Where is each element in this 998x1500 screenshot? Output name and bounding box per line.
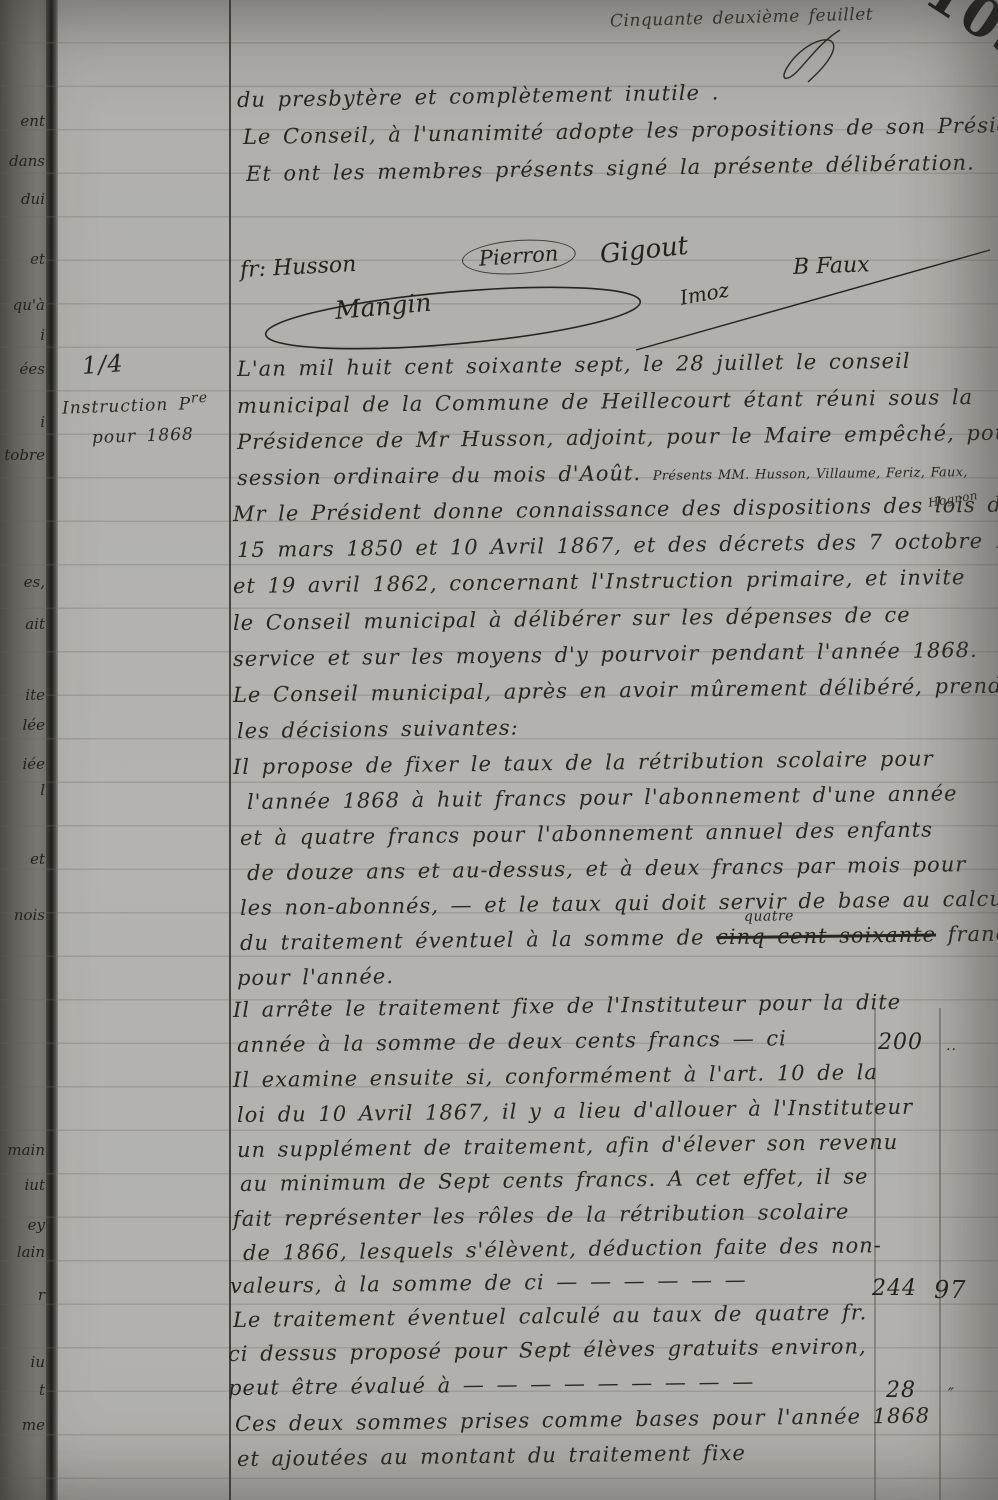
amount-centimes: ″ [948, 1384, 955, 1403]
signature-pierron-circled: Pierron [461, 236, 577, 278]
attendees-inline-note: Présents MM. Husson, Villaume, Feriz, Fa… [653, 465, 968, 484]
prev-page-fragment: lée [0, 716, 47, 734]
page-number-stamp: 103 [914, 0, 998, 78]
paraph-flourish [762, 24, 862, 86]
body-line-text: du traitement éventuel à la somme de [240, 925, 716, 955]
previous-page-edge: ent dans dui et qu'à i ées i tobre es, a… [0, 0, 47, 1500]
margin-title-text: Instruction P [62, 394, 192, 418]
body-line: année à la somme de deux cents francs — … [237, 1026, 787, 1057]
amount-francs: 200 [878, 1030, 923, 1055]
signature-husson: fr: Husson [239, 252, 357, 283]
prev-page-fragment: main [0, 1141, 47, 1159]
body-line: Il propose de fixer le taux de la rétrib… [233, 746, 934, 779]
amount-francs: 244 [872, 1276, 917, 1301]
body-line: et à quatre francs pour l'abonnement ann… [240, 818, 933, 850]
centimes-column-line [939, 1008, 941, 1500]
signature-mangin: Mangin [334, 288, 433, 325]
body-line: municipal de la Commune de Heillecourt é… [237, 385, 973, 418]
body-line-amended: du traitement éventuel à la somme de qua… [240, 921, 998, 955]
signature-imoz: Imoz [678, 278, 731, 310]
prev-page-fragment: i [0, 413, 47, 431]
prev-page-fragment: tobre [0, 446, 47, 464]
body-line: les décisions suivantes: [237, 716, 519, 743]
body-line: les non-abonnés, — et le taux qui doit s… [240, 887, 998, 920]
prev-page-fragment: i [0, 326, 47, 344]
body-line: Il examine ensuite si, conformément à l'… [233, 1060, 878, 1092]
prev-page-fragment: ey [0, 1216, 47, 1234]
prev-page-fragment: lain [0, 1243, 47, 1261]
amendment: quatrecinq cent soixante [716, 922, 936, 949]
body-line: Ces deux sommes prises comme bases pour … [235, 1404, 930, 1436]
body-line: valeurs, à la somme de ci — — — — — — [230, 1268, 747, 1298]
body-line: le Conseil municipal à délibérer sur les… [233, 603, 911, 635]
body-line: peut être évalué à — — — — — — — — — [228, 1370, 755, 1400]
body-line: L'an mil huit cent soixante sept, le 28 … [237, 349, 911, 381]
prev-page-fragment: et [0, 250, 47, 268]
body-line: ci dessus proposé pour Sept élèves gratu… [228, 1334, 867, 1366]
body-line: service et sur les moyens d'y pourvoir p… [233, 638, 978, 671]
signature-faux: B Faux [793, 252, 870, 280]
body-line-text: francs [936, 921, 998, 946]
prev-page-fragment: qu'à [0, 296, 47, 314]
manuscript-page-photo: ent dans dui et qu'à i ées i tobre es, a… [0, 0, 998, 1500]
body-line-text: session ordinaire du mois d'Août. [237, 461, 641, 490]
prev-page-fragment: ent [0, 112, 47, 130]
book-gutter [46, 0, 58, 1500]
body-line: et ajoutées au montant du traitement fix… [237, 1441, 746, 1471]
prev-page-fragment: nois [0, 906, 47, 924]
amount-centimes: 97 [934, 1276, 967, 1304]
amount-centimes: .. [946, 1038, 957, 1054]
margin-title-sup: re [191, 390, 209, 407]
intro-line: Et ont les membres présents signé la pré… [246, 151, 975, 186]
body-line: et 19 avril 1862, concernant l'Instructi… [233, 565, 966, 598]
struck-text: cinq cent soixante [716, 922, 936, 949]
body-line: de 1866, lesquels s'élèvent, déduction f… [243, 1233, 882, 1265]
body-line: de douze ans et au-dessus, et à deux fra… [247, 852, 967, 885]
prev-page-fragment: ait [0, 615, 47, 633]
body-line: pour l'année. [237, 964, 394, 990]
prev-page-fragment: et [0, 850, 47, 868]
prev-page-fragment: iée [0, 755, 47, 773]
folio-note: Cinquante deuxième feuillet [610, 5, 874, 32]
prev-page-fragment: es, [0, 573, 47, 591]
prev-page-fragment: me [0, 1416, 47, 1434]
body-line: session ordinaire du mois d'Août. Présen… [237, 457, 968, 490]
prev-page-fragment: ées [0, 360, 47, 378]
prev-page-fragment: dui [0, 190, 47, 208]
body-line: fait représenter les rôles de la rétribu… [233, 1199, 850, 1231]
body-line: Il arrête le traitement fixe de l'Instit… [233, 990, 901, 1022]
margin-entry-number: 1/4 [81, 349, 124, 380]
prev-page-fragment: dans [0, 152, 47, 170]
prev-page-fragment: iut [0, 1176, 47, 1194]
prev-page-fragment: t [0, 1381, 47, 1399]
body-line: Le Conseil municipal, après en avoir mûr… [233, 674, 998, 707]
amount-francs: 28 [886, 1378, 916, 1403]
intro-line: du presbytère et complètement inutile . [237, 80, 720, 112]
body-line: Mr le Président donne connaissance des d… [233, 492, 998, 526]
prev-page-fragment: iu [0, 1353, 47, 1371]
body-line: 15 mars 1850 et 10 Avril 1867, et des dé… [237, 528, 998, 562]
signature-pierron: Pierron [461, 236, 577, 278]
signature-gigout: Gigout [598, 231, 689, 270]
interlinear-correction: quatre [744, 908, 794, 925]
body-line: Le traitement éventuel calculé au taux d… [233, 1300, 868, 1332]
body-line: l'année 1868 à huit francs pour l'abonne… [247, 781, 958, 814]
intro-line: Le Conseil, à l'unanimité adopte les pro… [243, 112, 998, 149]
margin-entry-subtitle: pour 1868 [92, 424, 195, 448]
body-line: Présidence de Mr Husson, adjoint, pour l… [237, 420, 998, 454]
margin-entry-title: Instruction Pre [62, 390, 209, 419]
mangin-flourish [258, 278, 658, 356]
prev-page-fragment: r [0, 1286, 47, 1304]
body-line: un supplément de traitement, afin d'élev… [237, 1130, 898, 1162]
prev-page-fragment: l [0, 781, 47, 799]
prev-page-fragment: ite [0, 686, 47, 704]
body-line: au minimum de Sept cents francs. A cet e… [240, 1164, 869, 1196]
body-line: loi du 10 Avril 1867, il y a lieu d'allo… [237, 1095, 913, 1127]
